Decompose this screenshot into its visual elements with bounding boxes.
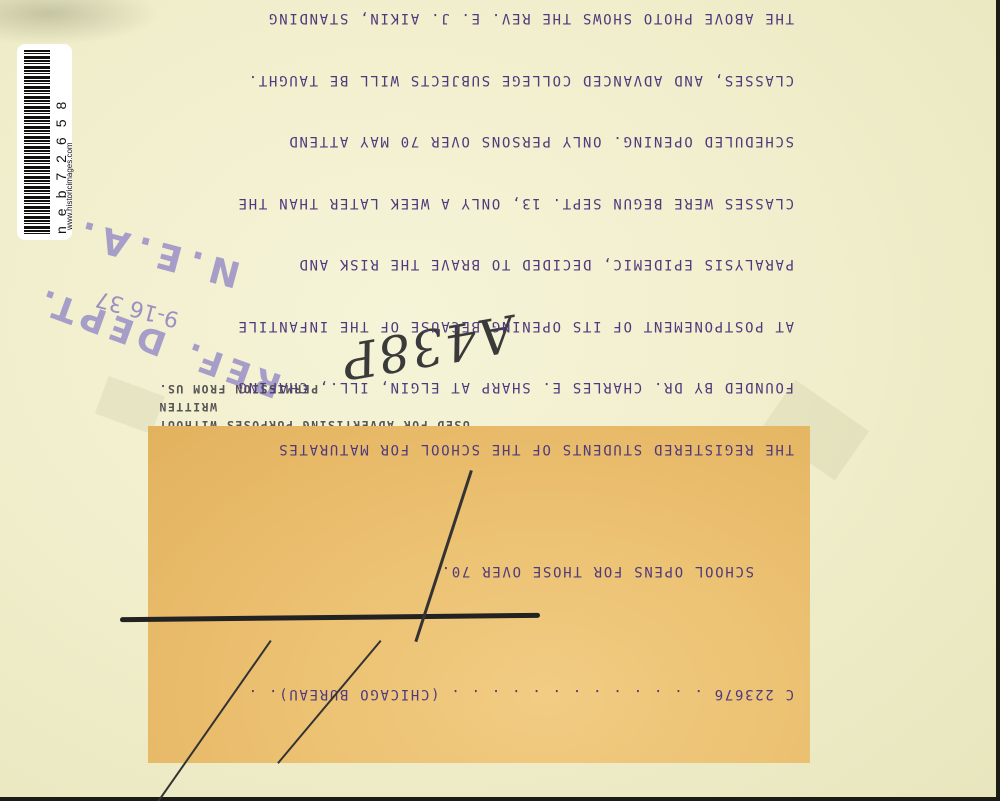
caption-body-line: THE REGISTERED STUDENTS OF THE SCHOOL FO… (158, 439, 794, 460)
barcode-url: www.historicimages.com (65, 142, 74, 230)
barcode-sticker: neb72658 www.historicimages.com (17, 44, 72, 240)
stain (0, 0, 160, 45)
caption-header: C 223676 . . . . . . . . . . . . . (CHIC… (158, 684, 794, 705)
caption-body-line: FOUNDED BY DR. CHARLES E. SHARP AT ELGIN… (158, 377, 794, 398)
barcode-icon (24, 50, 50, 234)
caption-body-line: AT POSTPONEMENT OF ITS OPENING BECAUSE O… (158, 316, 794, 337)
caption-title: SCHOOL OPENS FOR THOSE OVER 70. (158, 561, 794, 582)
caption-body-line: PARALYSIS EPIDEMIC, DECIDED TO BRAVE THE… (158, 254, 794, 275)
caption-body-line: SCHEDULED OPENING. ONLY PERSONS OVER 70 … (158, 131, 794, 152)
caption-label: C 223676 . . . . . . . . . . . . . (CHIC… (148, 426, 810, 763)
caption-body-line: CLASSES WERE BEGUN SEPT. 13, ONLY A WEEK… (158, 193, 794, 214)
photo-back: neb72658 www.historicimages.com N.E.A. 9… (0, 0, 1000, 801)
caption-body-line: CLASSES, AND ADVANCED COLLEGE SUBJECTS W… (158, 70, 794, 91)
caption-body-line: THE ABOVE PHOTO SHOWS THE REV. E. J. AIK… (158, 8, 794, 29)
